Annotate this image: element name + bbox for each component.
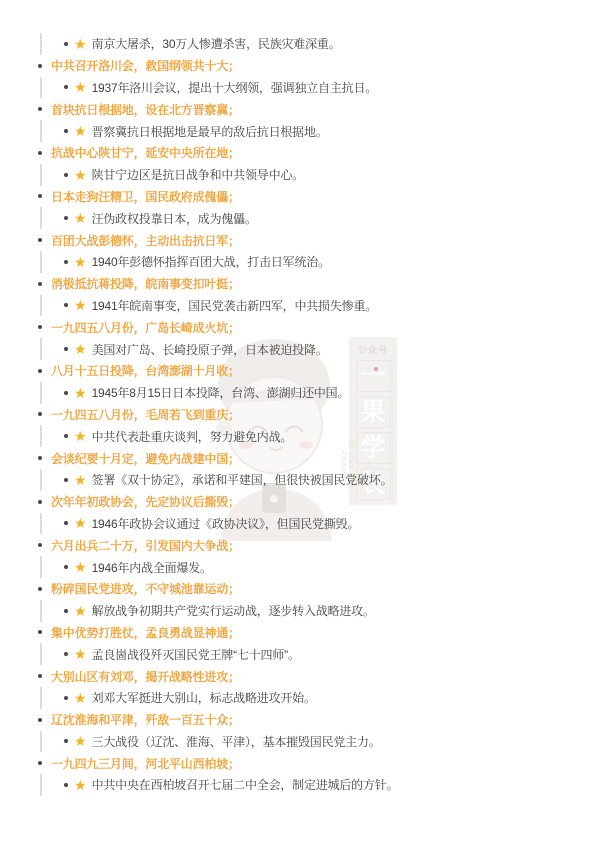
bullet-icon — [64, 739, 68, 743]
star-icon: ★ — [74, 473, 87, 487]
headline-row: 会谈纪要十月定，避免内战建中国； — [0, 447, 596, 469]
headline-row: 消极抵抗蒋投降，皖南事变扣叶挺； — [0, 273, 596, 295]
star-icon: ★ — [74, 691, 87, 705]
bullet-icon — [64, 434, 68, 438]
star-icon: ★ — [74, 211, 87, 225]
detail-row: ★汪伪政权投靠日本，成为傀儡。 — [40, 207, 596, 229]
bullet-icon — [64, 478, 68, 482]
headline-row: 百团大战彭德怀，主动出击抗日军； — [0, 229, 596, 251]
bullet-icon — [64, 216, 68, 220]
bullet-icon — [64, 260, 68, 264]
headline-text: 中共召开洛川会，救国纲领共十大； — [51, 57, 240, 74]
headline-text: 大别山区有刘邓，揭开战略性进攻； — [51, 668, 240, 685]
detail-text: 1937年洛川会议，提出十大纲领，强调独立自主抗日。 — [92, 79, 378, 96]
detail-row: ★1945年8月15日日本投降，台湾、澎湖归还中国。 — [40, 382, 596, 404]
star-icon: ★ — [74, 124, 87, 138]
bullet-icon — [38, 718, 42, 722]
detail-text: 三大战役（辽沈、淮海、平津），基本摧毁国民党主力。 — [92, 733, 381, 750]
headline-text: 六月出兵二十万，引发国内大争战； — [51, 537, 240, 554]
headline-text: 首块抗日根据地，设在北方晋察冀； — [51, 101, 240, 118]
detail-row: ★解放战争初期共产党实行运动战，逐步转入战略进攻。 — [40, 600, 596, 622]
star-icon: ★ — [74, 778, 87, 792]
bullet-icon — [64, 129, 68, 133]
bullet-icon — [64, 85, 68, 89]
star-icon: ★ — [74, 560, 87, 574]
headline-text: 日本走狗汪精卫，国民政府成傀儡； — [51, 188, 240, 205]
bullet-icon — [38, 194, 42, 198]
detail-row: ★1941年皖南事变，国民党袭击新四军，中共损失惨重。 — [40, 295, 596, 317]
bullet-icon — [38, 630, 42, 634]
bullet-icon — [38, 456, 42, 460]
bullet-icon — [64, 303, 68, 307]
bullet-icon — [38, 369, 42, 373]
bullet-icon — [38, 325, 42, 329]
detail-text: 美国对广岛、长崎投原子弹，日本被迫投降。 — [92, 341, 328, 358]
bullet-icon — [38, 107, 42, 111]
detail-row: ★南京大屠杀，30万人惨遭杀害，民族灾难深重。 — [40, 33, 596, 55]
detail-text: 中共代表赴重庆谈判，努力避免内战。 — [92, 428, 293, 445]
detail-text: 1945年8月15日日本投降，台湾、澎湖归还中国。 — [92, 384, 350, 401]
headline-text: 一九四五八月份，广岛长崎成火坑； — [51, 319, 240, 336]
detail-row: ★签署《双十协定》，承诺和平建国，但很快被国民党破坏。 — [40, 469, 596, 491]
star-icon: ★ — [74, 342, 87, 356]
headline-text: 粉碎国民党进攻，不守城池靠运动； — [51, 580, 240, 597]
detail-text: 陕甘宁边区是抗日战争和中共领导中心。 — [92, 166, 304, 183]
headline-text: 消极抵抗蒋投降，皖南事变扣叶挺； — [51, 275, 240, 292]
bullet-icon — [64, 652, 68, 656]
headline-row: 辽沈淮海和平津，歼敌一百五十众； — [0, 709, 596, 731]
detail-text: 南京大屠杀，30万人惨遭杀害，民族灾难深重。 — [92, 35, 341, 52]
star-icon: ★ — [74, 386, 87, 400]
headline-text: 一九四五八月份，毛周若飞到重庆； — [51, 406, 240, 423]
detail-text: 孟良崮战役歼灭国民党王牌“七十四师”。 — [92, 646, 300, 663]
detail-row: ★1946年内战全面爆发。 — [40, 556, 596, 578]
headline-text: 辽沈淮海和平津，歼敌一百五十众； — [51, 711, 240, 728]
headline-row: 六月出兵二十万，引发国内大争战； — [0, 534, 596, 556]
detail-text: 汪伪政权投靠日本，成为傀儡。 — [92, 210, 257, 227]
headline-text: 抗战中心陕甘宁，延安中央所在地； — [51, 144, 240, 161]
star-icon: ★ — [74, 255, 87, 269]
detail-text: 1941年皖南事变，国民党袭击新四军，中共损失惨重。 — [92, 297, 378, 314]
bullet-icon — [64, 347, 68, 351]
star-icon: ★ — [74, 80, 87, 94]
mnemonic-list: ★南京大屠杀，30万人惨遭杀害，民族灾难深重。中共召开洛川会，救国纲领共十大；★… — [0, 33, 596, 796]
star-icon: ★ — [74, 604, 87, 618]
star-icon: ★ — [74, 168, 87, 182]
star-icon: ★ — [74, 37, 87, 51]
star-icon: ★ — [74, 647, 87, 661]
detail-row: ★中共代表赴重庆谈判，努力避免内战。 — [40, 425, 596, 447]
bullet-icon — [64, 521, 68, 525]
headline-text: 百团大战彭德怀，主动出击抗日军； — [51, 232, 240, 249]
bullet-icon — [38, 238, 42, 242]
star-icon: ★ — [74, 516, 87, 530]
detail-row: ★晋察冀抗日根据地是最早的敌后抗日根据地。 — [40, 120, 596, 142]
headline-row: 日本走狗汪精卫，国民政府成傀儡； — [0, 186, 596, 208]
bullet-icon — [64, 609, 68, 613]
bullet-icon — [64, 565, 68, 569]
bullet-icon — [38, 674, 42, 678]
headline-row: 八月十五日投降，台湾澎湖十月收； — [0, 360, 596, 382]
detail-row: ★孟良崮战役歼灭国民党王牌“七十四师”。 — [40, 643, 596, 665]
headline-text: 八月十五日投降，台湾澎湖十月收； — [51, 362, 240, 379]
bullet-icon — [64, 696, 68, 700]
bullet-icon — [38, 587, 42, 591]
headline-row: 一九四九三月间，河北平山西柏坡； — [0, 752, 596, 774]
headline-row: 首块抗日根据地，设在北方晋察冀； — [0, 98, 596, 120]
detail-row: ★刘邓大军挺进大别山，标志战略进攻开始。 — [40, 687, 596, 709]
headline-row: 集中优势打胜仗，孟良勇战显神通； — [0, 622, 596, 644]
detail-text: 1946年内战全面爆发。 — [92, 559, 212, 576]
bullet-icon — [38, 500, 42, 504]
bullet-icon — [38, 761, 42, 765]
bullet-icon — [64, 42, 68, 46]
bullet-icon — [64, 783, 68, 787]
detail-row: ★陕甘宁边区是抗日战争和中共领导中心。 — [40, 164, 596, 186]
headline-text: 集中优势打胜仗，孟良勇战显神通； — [51, 624, 240, 641]
headline-row: 抗战中心陕甘宁，延安中央所在地； — [0, 142, 596, 164]
detail-row: ★1946年政协会议通过《政协决议》，但国民党撕毁。 — [40, 513, 596, 535]
detail-row: ★三大战役（辽沈、淮海、平津），基本摧毁国民党主力。 — [40, 731, 596, 753]
bullet-icon — [38, 64, 42, 68]
detail-text: 1940年彭德怀指挥百团大战，打击日军统治。 — [92, 253, 330, 270]
detail-row: ★1940年彭德怀指挥百团大战，打击日军统治。 — [40, 251, 596, 273]
headline-row: 粉碎国民党进攻，不守城池靠运动； — [0, 578, 596, 600]
headline-row: 次年年初政协会，先定协议后撕毁； — [0, 491, 596, 513]
detail-row: ★美国对广岛、长崎投原子弹，日本被迫投降。 — [40, 338, 596, 360]
star-icon: ★ — [74, 298, 87, 312]
bullet-icon — [38, 412, 42, 416]
headline-row: 一九四五八月份，毛周若飞到重庆； — [0, 404, 596, 426]
detail-text: 签署《双十协定》，承诺和平建国，但很快被国民党破坏。 — [92, 471, 393, 488]
headline-row: 大别山区有刘邓，揭开战略性进攻； — [0, 665, 596, 687]
detail-text: 刘邓大军挺进大别山，标志战略进攻开始。 — [92, 689, 316, 706]
detail-text: 1946年政协会议通过《政协决议》，但国民党撕毁。 — [92, 515, 360, 532]
detail-text: 晋察冀抗日根据地是最早的敌后抗日根据地。 — [92, 123, 328, 140]
star-icon: ★ — [74, 734, 87, 748]
bullet-icon — [38, 151, 42, 155]
star-icon: ★ — [74, 429, 87, 443]
bullet-icon — [38, 543, 42, 547]
detail-text: 中共中央在西柏坡召开七届二中全会，制定进城后的方针。 — [92, 776, 399, 793]
bullet-icon — [38, 282, 42, 286]
bullet-icon — [64, 173, 68, 177]
headline-text: 一九四九三月间，河北平山西柏坡； — [51, 755, 240, 772]
headline-row: 中共召开洛川会，救国纲领共十大； — [0, 55, 596, 77]
headline-text: 次年年初政协会，先定协议后撕毁； — [51, 493, 240, 510]
headline-text: 会谈纪要十月定，避免内战建中国； — [51, 450, 240, 467]
detail-row: ★中共中央在西柏坡召开七届二中全会，制定进城后的方针。 — [40, 774, 596, 796]
detail-text: 解放战争初期共产党实行运动战，逐步转入战略进攻。 — [92, 602, 375, 619]
detail-row: ★1937年洛川会议，提出十大纲领，强调独立自主抗日。 — [40, 77, 596, 99]
bullet-icon — [64, 391, 68, 395]
headline-row: 一九四五八月份，广岛长崎成火坑； — [0, 316, 596, 338]
